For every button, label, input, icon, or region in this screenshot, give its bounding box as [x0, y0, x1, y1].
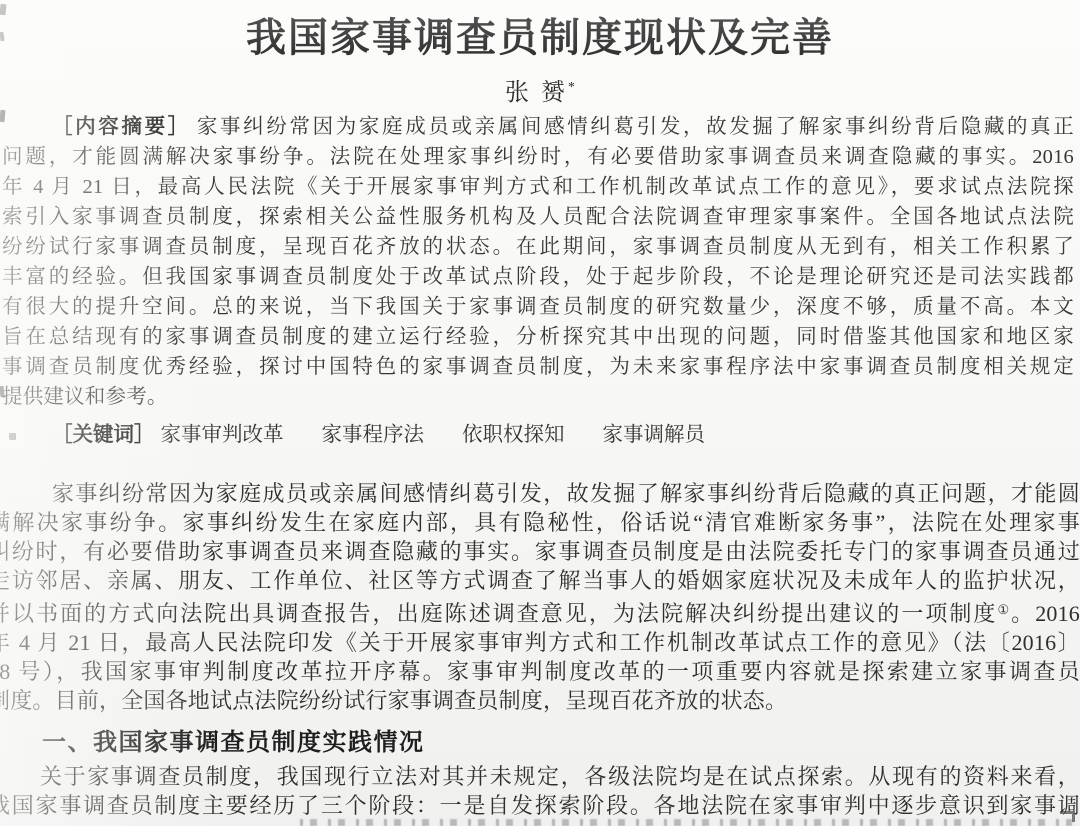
footnote-marker: ① — [997, 602, 1011, 617]
body-paragraph-2: 关于家事调查员制度，我国现行立法对其并未规定，各级法院均是在试点探索。从现有的资… — [0, 762, 1080, 820]
paragraph-line: 我国家事调查员制度主要经历了三个阶段：一是自发探索阶段。各地法院在家事审判中逐步… — [0, 791, 1080, 820]
paragraph-line: 制度。目前，全国各地试点法院纷纷试行家事调查员制度，呈现百花齐放的状态。 — [0, 686, 1080, 715]
paragraph-line: 年 4 月 21 日，最高人民法院印发《关于开展家事审判方式和工作机制改革试点工… — [0, 628, 1080, 657]
paragraph-line-text: 并以书面的方式向法院出具调查报告，出庭陈述调查意见，为法院解决纠纷提出建议的一项… — [0, 601, 997, 626]
abstract-section: ［内容摘要］家事纠纷常因为家庭成员或亲属间感情纠葛引发，故发掘了解家事纠纷背后隐… — [2, 112, 1074, 412]
abstract-label: ［内容摘要］ — [52, 116, 191, 138]
keyword-item: 家事程序法 — [322, 424, 425, 446]
abstract-line: ［内容摘要］家事纠纷常因为家庭成员或亲属间感情纠葛引发，故发掘了解家事纠纷背后隐… — [2, 112, 1074, 142]
scanned-paper-page: 我国家事调查员制度现状及完善 张赟* ［内容摘要］家事纠纷常因为家庭成员或亲属间… — [0, 0, 1080, 826]
author-name: 张赟 — [505, 80, 577, 106]
abstract-line: 有很大的提升空间。总的来说，当下我国关于家事调查员制度的研究数量少，深度不够，质… — [2, 292, 1074, 322]
section-heading: 一、我国家事调查员制度实践情况 — [42, 727, 425, 759]
keywords-label: ［关键词］ — [52, 424, 155, 446]
abstract-line: 提供建议和参考。 — [2, 382, 1074, 412]
scan-artifact-smudge — [0, 4, 7, 16]
abstract-line: 索引入家事调查员制度，探索相关公益性服务机构及人员配合法院调查审理家事案件。全国… — [2, 202, 1074, 232]
paragraph-line: 关于家事调查员制度，我国现行立法对其并未规定，各级法院均是在试点探索。从现有的资… — [0, 762, 1080, 791]
paper-title: 我国家事调查员制度现状及完善 — [0, 13, 1080, 63]
author-line: 张赟* — [0, 71, 1080, 110]
abstract-line: 丰富的经验。但我国家事调查员制度处于改革试点阶段，处于起步阶段，不论是理论研究还… — [2, 262, 1074, 292]
paragraph-line: 满解决家事纷争。家事纠纷发生在家庭内部，具有隐秘性，俗话说“清官难断家务事”，法… — [0, 508, 1080, 537]
keywords-section: ［关键词］家事审判改革家事程序法依职权探知家事调解员 — [2, 420, 1074, 450]
scan-artifact-smudge — [0, 110, 5, 122]
paragraph-line: 家事纠纷常因为家庭成员或亲属间感情纠葛引发，故发掘了解家事纠纷背后隐藏的真正问题… — [0, 479, 1080, 508]
body-paragraph-1: 家事纠纷常因为家庭成员或亲属间感情纠葛引发，故发掘了解家事纠纷背后隐藏的真正问题… — [0, 479, 1080, 715]
scan-corner-artifact — [1060, 811, 1075, 822]
abstract-line-text: 家事纠纷常因为家庭成员或亲属间感情纠葛引发，故发掘了解家事纠纷背后隐藏的真正 — [197, 116, 1074, 138]
abstract-line: 年 4 月 21 日，最高人民法院《关于开展家事审判方式和工作机制改革试点工作的… — [2, 172, 1074, 202]
abstract-line: 纷纷试行家事调查员制度，呈现百花齐放的状态。在此期间，家事调查员制度从无到有，相… — [2, 232, 1074, 262]
paragraph-line: 纠纷时，有必要借助家事调查员来调查隐藏的事实。家事调查员制度是由法院委托专门的家… — [0, 537, 1080, 566]
keyword-item: 家事审判改革 — [161, 424, 284, 446]
abstract-line: 旨在总结现有的家事调查员制度的建立运行经验，分析探究其中出现的问题，同时借鉴其他… — [2, 322, 1074, 352]
keyword-item: 家事调解员 — [603, 424, 706, 446]
abstract-line: 问题，才能圆满解决家事纷争。法院在处理家事纠纷时，有必要借助家事调查员来调查隐藏… — [2, 142, 1074, 172]
paragraph-line-text: 。2016 — [1011, 601, 1080, 626]
paragraph-line: 走访邻居、亲属、朋友、工作单位、社区等方式调查了解当事人的婚姻家庭状况及未成年人… — [0, 566, 1080, 595]
abstract-line: 事调查员制度优秀经验，探讨中国特色的家事调查员制度，为未来家事程序法中家事调查员… — [2, 352, 1074, 382]
paragraph-line: 28 号），我国家事审判制度改革拉开序幕。家事审判制度改革的一项重要内容就是探索… — [0, 657, 1080, 686]
scan-artifact-smudge — [9, 433, 16, 440]
paragraph-line: 并以书面的方式向法院出具调查报告，出庭陈述调查意见，为法院解决纠纷提出建议的一项… — [0, 595, 1080, 628]
author-footnote-mark: * — [568, 80, 575, 95]
keyword-item: 依职权探知 — [462, 424, 565, 446]
cut-off-next-line-artifact — [300, 819, 1072, 826]
